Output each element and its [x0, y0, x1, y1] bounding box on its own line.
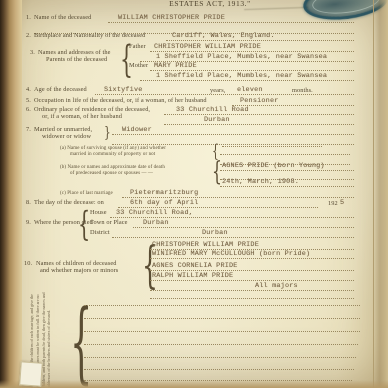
dotted-line: [84, 360, 354, 370]
page-bottom-edge: [0, 380, 388, 388]
page-right-edge: [373, 0, 388, 388]
field4-number: 4.: [26, 87, 31, 93]
town-line: Durban: [133, 218, 354, 228]
field1-label: Name of the deceased: [34, 15, 91, 21]
district-label: District: [90, 230, 110, 236]
child-line: AGNES CORNELIA PRIDE: [150, 261, 354, 271]
field8-year-printed: 192: [328, 201, 338, 207]
field7-value: Widower: [122, 127, 152, 134]
field6-line2: Durban: [164, 115, 354, 125]
field7-line1: Widower: [112, 125, 354, 135]
field7-label-line2: widower or widow: [42, 134, 91, 140]
field3-label-line2: Parents of the deceased: [46, 57, 107, 63]
dotted-line: [84, 335, 358, 345]
child-name: AGNES CORNELIA PRIDE: [152, 263, 238, 270]
field9-brace: {: [78, 207, 90, 241]
field7-brace: }: [104, 125, 111, 140]
field6-line1: 33 Churchill Road: [164, 105, 354, 115]
field5-label: Occupation in life of the deceased, or, …: [34, 98, 207, 104]
months-suffix: months.: [292, 88, 313, 94]
field7b-label-line2: of predeceased spouse or spouses — —: [70, 171, 153, 176]
field6-value1: 33 Churchill Road: [176, 107, 249, 114]
field7a-label-line2: married in community of property or not: [70, 152, 155, 157]
field1-number: 1.: [26, 15, 31, 21]
field4-label: Age of the deceased: [34, 87, 87, 93]
field8-year-typed: 5: [340, 200, 344, 207]
field5-number: 5.: [26, 98, 31, 104]
mother-name-line: MARY PRIDE: [150, 61, 354, 71]
field10-label-line2: and whether majors or minors: [40, 268, 118, 274]
house-value: 33 Churchill Road,: [116, 210, 193, 217]
field7-number: 7.: [26, 127, 31, 133]
mother-address-line: 1 Sheffield Place, Mumbles, near Swansea: [140, 71, 354, 81]
mother-address: 1 Sheffield Place, Mumbles, near Swansea: [156, 73, 327, 80]
field10-number: 10.: [24, 261, 32, 267]
field2-number: 2.: [26, 33, 31, 39]
field7b-value2: 24th, March, 1908.: [222, 179, 299, 186]
father-label: Father: [129, 44, 146, 50]
field8-value: 6th day of April: [130, 200, 198, 207]
field7b-label-line1: (b) Name or names and approximate date o…: [60, 165, 165, 170]
field8-line: 6th day of April: [118, 198, 318, 208]
child-name: CHRISTOPHER WILLIAM PRIDE: [152, 242, 259, 249]
town-label: Town or Place: [90, 220, 128, 226]
dotted-line: [84, 348, 356, 358]
years-suffix: years,: [210, 88, 225, 94]
field1-line: WILLIAM CHRISTOPHER PRIDE: [108, 13, 354, 23]
field9-number: 9.: [26, 220, 31, 226]
town-value: Durban: [143, 220, 169, 227]
field5-value: Pensioner: [240, 98, 279, 105]
dotted-line: [84, 309, 360, 319]
dotted-line: [84, 322, 360, 332]
document-page: ESTATES ACT, 1913." 1. Name of the decea…: [0, 0, 388, 388]
field7a-label-line1: (a) Name of surviving spouse (if any) an…: [60, 146, 166, 151]
field8-label: The day of the decease: on: [34, 200, 104, 206]
father-name: CHRISTOPHER WILLIAM PRIDE: [154, 44, 261, 51]
faint-handwriting-mark: [244, 0, 308, 10]
dotted-line: [84, 296, 360, 306]
age-years-value: Sixtyfive: [104, 87, 143, 94]
field6-number: 6.: [26, 107, 31, 113]
field2-line: Cardiff, Wales, England.: [166, 31, 354, 41]
field6-value2: Durban: [204, 117, 230, 124]
field8-number: 8.: [26, 200, 31, 206]
field7b-line2: 24th, March, 1908.: [220, 177, 354, 187]
age-months-value: eleven: [237, 87, 263, 94]
field7c-line: Pietermaritzburg: [122, 188, 354, 198]
field6-label-line2: or, if a woman, of her husband: [42, 114, 122, 120]
field7c-value: Pietermaritzburg: [130, 190, 198, 197]
corner-sticker: [19, 361, 43, 386]
father-name-line: CHRISTOPHER WILLIAM PRIDE: [150, 42, 354, 52]
child-line: WINIFRED MARY McCULLOUGH (born Pride): [150, 249, 354, 259]
house-label: House: [90, 210, 107, 216]
house-line: 33 Churchill Road,: [110, 208, 354, 218]
field3-number: 3.: [30, 50, 35, 56]
child-name: RALPH WILLIAM PRIDE: [152, 273, 233, 280]
field2-value: Cardiff, Wales, England.: [172, 33, 275, 40]
mother-name: MARY PRIDE: [154, 63, 197, 70]
field7c-label: (c) Place of last marriage: [60, 191, 113, 196]
father-address: 1 Sheffield Place, Mumbles, near Swansea: [156, 54, 327, 61]
book-binding-edge: [0, 0, 22, 388]
district-value: Durban: [202, 230, 228, 237]
field1-value: WILLIAM CHRISTOPHER PRIDE: [118, 15, 225, 22]
death-notice-document-photo: ESTATES ACT, 1913." 1. Name of the decea…: [0, 0, 388, 388]
child-line: RALPH WILLIAM PRIDE: [150, 271, 354, 281]
mother-label: Mother: [129, 63, 148, 69]
dotted-line: [220, 145, 350, 155]
field7b-value1: AGNES PRIDE (born Young): [222, 163, 325, 170]
child-name: WINIFRED MARY McCULLOUGH (born Pride): [152, 251, 310, 258]
